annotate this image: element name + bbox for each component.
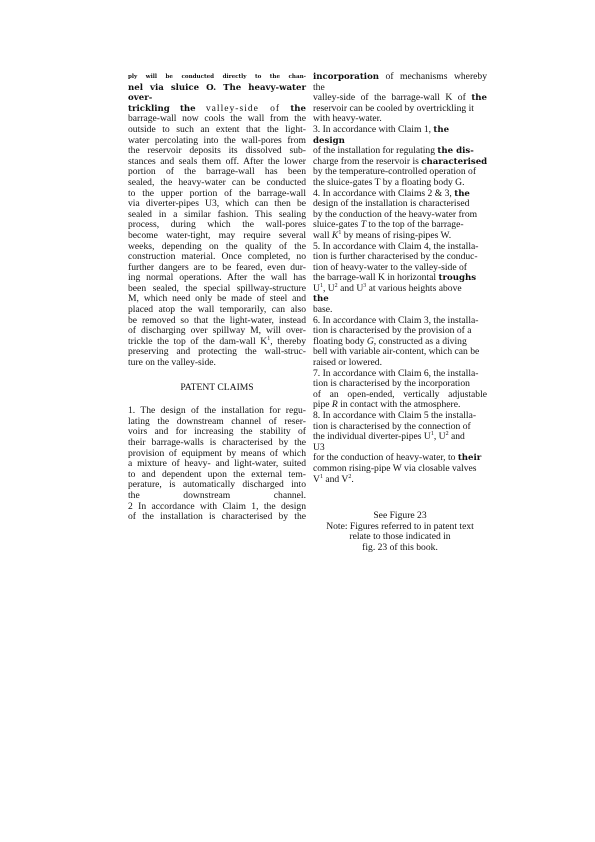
- text-fragment: pipe: [313, 399, 332, 410]
- text-fragment: channel.: [274, 490, 306, 501]
- text-line: ply will be conducted directly to the ch…: [128, 72, 306, 83]
- section-heading: PATENT CLAIMS: [128, 383, 306, 394]
- text-fragment: wall: [313, 230, 332, 241]
- spacer: [313, 485, 487, 511]
- text-line: the: [313, 294, 487, 305]
- bold-word: the: [454, 189, 470, 199]
- text-fragment: at various heights above: [366, 283, 461, 294]
- text-line: sealed, the heavy-water can be conducted: [128, 178, 306, 189]
- text-line: U1, U2 and U3 at various heights above: [313, 284, 487, 295]
- text-fragment: to the top of the barrage-: [366, 219, 464, 230]
- bold-word: the: [471, 93, 487, 103]
- text-fragment: U: [313, 283, 320, 294]
- text-fragment: downstream: [183, 490, 230, 501]
- note-line: fig. 23 of this book.: [313, 543, 487, 554]
- text-fragment: valley-side of the barrage-wall K of: [313, 92, 471, 103]
- bold-word: the: [433, 125, 449, 135]
- spaced-text: valley-side of: [206, 103, 280, 114]
- text-fragment: 3. In accordance with Claim 1,: [313, 124, 433, 135]
- text-fragment: in contact with the atmosphere.: [338, 399, 461, 410]
- text-line: incorporation of mechanisms whereby the: [313, 72, 487, 93]
- text-line: become water-tight, may require several: [128, 231, 306, 242]
- bold-word: trickling: [128, 104, 170, 114]
- bold-word: characterised: [421, 157, 487, 167]
- text-fragment: , U: [323, 283, 335, 294]
- bold-word: the: [313, 294, 329, 304]
- bold-word: troughs: [438, 273, 476, 283]
- text-fragment: the barrage-wall K in horizontal: [313, 272, 438, 283]
- left-column: ply will be conducted directly to the ch…: [128, 72, 306, 523]
- text-line: 3. In accordance with Claim 1, the: [313, 125, 487, 136]
- claim-line: their barrage-walls is characterised by …: [128, 438, 306, 449]
- text-fragment: sluice-gates: [313, 219, 361, 230]
- text-fragment: charge from the reservoir is: [313, 156, 421, 167]
- text-fragment: 4. In accordance with Claims 2 & 3,: [313, 188, 454, 199]
- text-fragment: V: [313, 474, 320, 485]
- text-fragment: and V: [323, 474, 348, 485]
- text-fragment: of the installation for regulating: [313, 145, 437, 156]
- text-fragment: the individual diverter-pipes U: [313, 431, 431, 442]
- text-fragment: by means of rising-pipes W.: [341, 230, 451, 241]
- italic-letter: G,: [367, 336, 376, 347]
- text-line: wall K1 by means of rising-pipes W.: [313, 231, 487, 242]
- text-line: the individual diverter-pipes U1, U2 and: [313, 432, 487, 443]
- figure-note: See Figure 23 Note: Figures referred to …: [313, 511, 487, 553]
- text-line: outside to such an extent that the light…: [128, 125, 306, 136]
- bold-word: incorporation: [313, 72, 379, 82]
- claim-line: the downstream channel.: [128, 491, 306, 502]
- bold-word: the dis-: [437, 146, 473, 156]
- text-fragment: floating body: [313, 336, 367, 347]
- text-fragment: , U: [434, 431, 446, 442]
- claim-line: of the installation is characterised by …: [128, 512, 306, 523]
- text-fragment: trickle the top of the dam-wall K: [128, 336, 267, 347]
- text-fragment: for the conduction of heavy-water, to: [313, 452, 458, 463]
- right-column: incorporation of mechanisms whereby the …: [313, 72, 487, 554]
- text-fragment: , thereby: [270, 336, 306, 347]
- text-fragment: and U: [338, 283, 364, 294]
- bold-word: their: [458, 453, 481, 463]
- bold-word: the: [290, 104, 306, 114]
- text-fragment: the: [128, 490, 140, 501]
- text-line: 8. In accordance with Claim 5 the instal…: [313, 411, 487, 422]
- text-line: nel via sluice O. The heavy-water over-: [128, 83, 306, 104]
- bold-word: design: [313, 136, 345, 146]
- text-fragment: and: [449, 431, 465, 442]
- text-line: V1 and V2.: [313, 475, 487, 486]
- text-fragment: constructed as a diving: [376, 336, 467, 347]
- text-fragment: .: [351, 474, 353, 485]
- bold-word: the: [180, 104, 196, 114]
- text-line: ture on the valley-side.: [128, 358, 306, 369]
